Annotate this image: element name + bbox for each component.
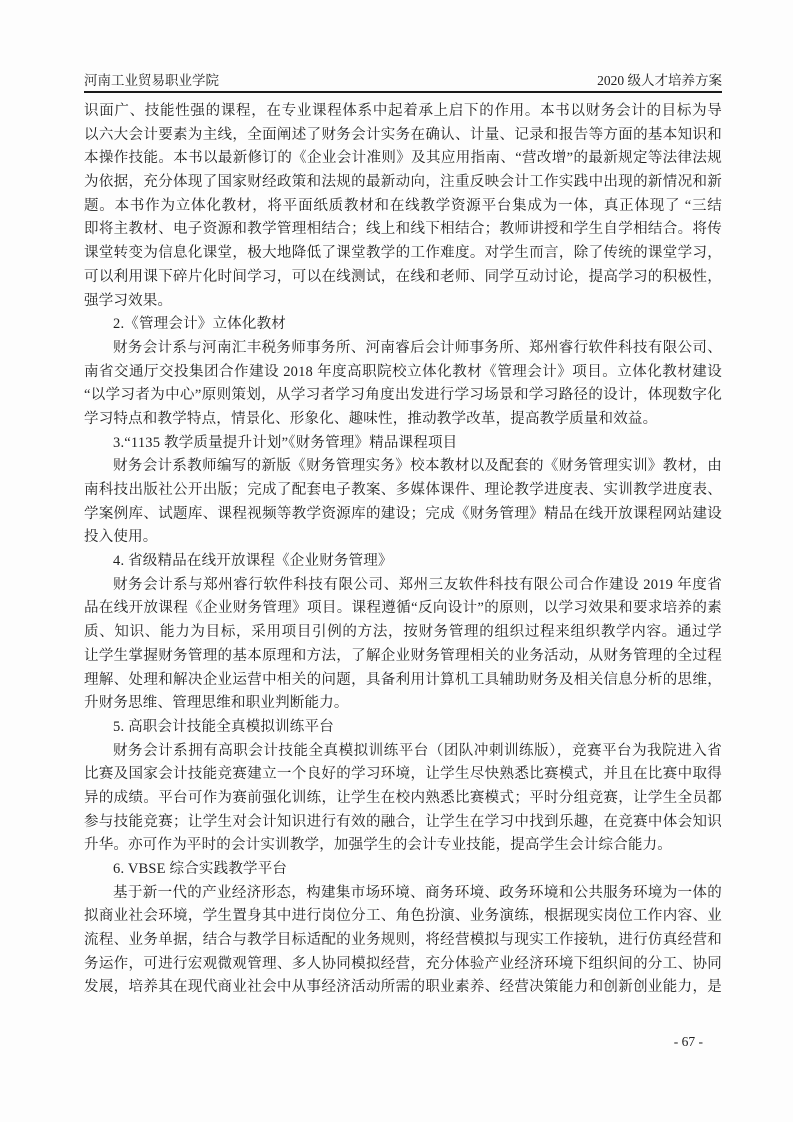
header-rule: [84, 91, 722, 93]
body-text-line: 题。本书作为立体化教材，将平面纸质教材和在线教学资源平台集成为一体，真正体现了 …: [84, 195, 722, 219]
body-text-line: 为依据，充分体现了国家财经政策和法规的最新动向，注重反映会计工作实践中出现的新情…: [84, 171, 722, 195]
page-number: - 67 -: [674, 1034, 703, 1049]
section-heading: 2.《管理会计》立体化教材: [84, 313, 722, 337]
body-text-line: 发展，培养其在现代商业社会中从事经济活动所需的职业素养、经营决策能力和创新创业能…: [84, 976, 722, 1000]
body-text-line: 即将主教材、电子资源和教学管理相结合；线上和线下相结合；教师讲授和学生自学相结合…: [84, 218, 722, 242]
body-text-line: 升华。亦可作为平时的会计实训教学，加强学生的会计专业技能，提高学生会计综合能力。: [84, 834, 722, 858]
section-heading: 6. VBSE 综合实践教学平台: [84, 858, 722, 882]
body-text-line: 比赛及国家会计技能竞赛建立一个良好的学习环境，让学生尽快熟悉比赛模式，并且在比赛…: [84, 763, 722, 787]
body-text-line: 识面广、技能性强的课程，在专业课程体系中起着承上启下的作用。本书以财务会计的目标…: [84, 100, 722, 124]
body-text-line: 强学习效果。: [84, 290, 722, 314]
body-text-line: 财务会计系教师编写的新版《财务管理实务》校本教材以及配套的《财务管理实训》教材，…: [84, 455, 722, 479]
body-text-line: 务运作，可进行宏观微观管理、多人协同模拟经营，充分体验产业经济环境下组织间的分工…: [84, 953, 722, 977]
body-text-line: 拟商业社会环境，学生置身其中进行岗位分工、角色扮演、业务演练，根据现实岗位工作内…: [84, 905, 722, 929]
body-text-line: 流程、业务单据，结合与教学目标适配的业务规则，将经营模拟与现实工作接轨，进行仿真…: [84, 929, 722, 953]
body-text-line: 投入使用。: [84, 526, 722, 550]
body-text-line: 财务会计系与河南汇丰税务师事务所、河南睿后会计师事务所、郑州睿行软件科技有限公司…: [84, 337, 722, 361]
body-text-line: 南省交通厅交投集团合作建设 2018 年度高职院校立体化教材《管理会计》项目。立…: [84, 361, 722, 385]
header-program-title: 2020 级人才培养方案: [597, 73, 722, 89]
body-text-line: 异的成绩。平台可作为赛前强化训练，让学生在校内熟悉比赛模式；平时分组竞赛，让学生…: [84, 787, 722, 811]
section-heading: 4. 省级精品在线开放课程《企业财务管理》: [84, 550, 722, 574]
page-header: 河南工业贸易职业学院 2020 级人才培养方案: [84, 73, 722, 89]
body-text-line: 参与技能竞赛；让学生对会计知识进行有效的融合，让学生在学习中找到乐趣，在竞赛中体…: [84, 811, 722, 835]
section-heading: 5. 高职会计技能全真模拟训练平台: [84, 716, 722, 740]
body-text-line: 让学生掌握财务管理的基本原理和方法，了解企业财务管理相关的业务活动，从财务管理的…: [84, 645, 722, 669]
body-text-line: 南科技出版社公开出版；完成了配套电子教案、多媒体课件、理论教学进度表、实训教学进…: [84, 479, 722, 503]
document-body: 识面广、技能性强的课程，在专业课程体系中起着承上启下的作用。本书以财务会计的目标…: [84, 100, 722, 1000]
body-text-line: 理解、处理和解决企业运营中相关的问题，具备利用计算机工具辅助财务及相关信息分析的…: [84, 669, 722, 693]
body-text-line: 质、知识、能力为目标，采用项目引例的方法，按财务管理的组织过程来组织教学内容。通…: [84, 621, 722, 645]
body-text-line: 学习特点和教学特点，情景化、形象化、趣味性，推动教学改革，提高教学质量和效益。: [84, 408, 722, 432]
body-text-line: 财务会计系拥有高职会计技能全真模拟训练平台（团队冲刺训练版），竞赛平台为我院进入…: [84, 740, 722, 764]
body-text-line: 以六大会计要素为主线，全面阐述了财务会计实务在确认、计量、记录和报告等方面的基本…: [84, 124, 722, 148]
body-text-line: 学案例库、试题库、课程视频等教学资源库的建设；完成《财务管理》精品在线开放课程网…: [84, 503, 722, 527]
document-page: 河南工业贸易职业学院 2020 级人才培养方案 识面广、技能性强的课程，在专业课…: [0, 0, 793, 1122]
body-text-line: 升财务思维、管理思维和职业判断能力。: [84, 692, 722, 716]
body-text-line: “以学习者为中心”原则策划，从学习者学习角度出发进行学习场景和学习路径的设计，体…: [84, 384, 722, 408]
section-heading: 3.“1135 教学质量提升计划”《财务管理》精品课程项目: [84, 432, 722, 456]
body-text-line: 课堂转变为信息化课堂，极大地降低了课堂教学的工作难度。对学生而言，除了传统的课堂…: [84, 242, 722, 266]
body-text-line: 品在线开放课程《企业财务管理》项目。课程遵循“反向设计”的原则，以学习效果和要求…: [84, 597, 722, 621]
header-school-name: 河南工业贸易职业学院: [84, 73, 219, 89]
body-text-line: 基于新一代的产业经济形态，构建集市场环境、商务环境、政务环境和公共服务环境为一体…: [84, 882, 722, 906]
body-text-line: 本操作技能。本书以最新修订的《企业会计准则》及其应用指南、“营改增”的最新规定等…: [84, 147, 722, 171]
body-text-line: 财务会计系与郑州睿行软件科技有限公司、郑州三友软件科技有限公司合作建设 2019…: [84, 574, 722, 598]
page-footer: - 67 -: [674, 1033, 703, 1051]
body-text-line: 可以利用课下碎片化时间学习，可以在线测试，在线和老师、同学互动讨论，提高学习的积…: [84, 266, 722, 290]
